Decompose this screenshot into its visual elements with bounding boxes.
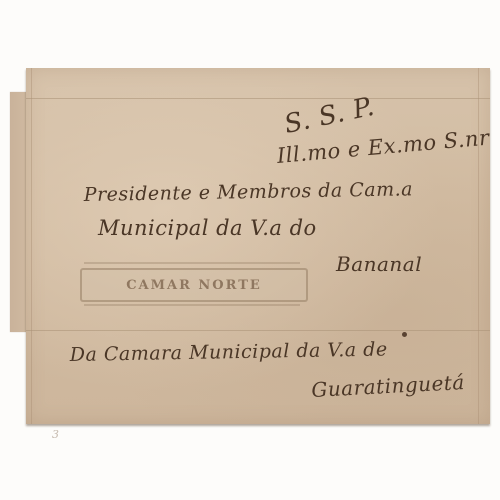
letter-paper: S. S. P. Ill.mo e Ex.mo S.nr Presidente … (26, 68, 490, 424)
document-scan: S. S. P. Ill.mo e Ex.mo S.nr Presidente … (0, 0, 500, 500)
fold-crease-left (31, 68, 32, 424)
endorsement-line-2: Guaratinguetá (311, 370, 466, 402)
ink-spot (402, 332, 407, 337)
address-line-3: Bananal (336, 252, 422, 276)
postmark-rule-bottom (84, 304, 300, 306)
address-line-1: Presidente e Membros da Cam.a (84, 178, 414, 206)
postmark-text: CAMAR NORTE (126, 278, 262, 293)
fold-crease-lower (26, 330, 490, 331)
margin-note: 3 (52, 428, 59, 441)
straight-line-postmark: CAMAR NORTE (80, 268, 308, 302)
fold-crease-top (26, 98, 490, 99)
endorsement-line-1: Da Camara Municipal da V.a de (70, 338, 388, 366)
address-line-2: Municipal da V.a do (98, 216, 317, 240)
postmark-rule-top (84, 262, 300, 264)
fold-crease-right (478, 68, 479, 424)
